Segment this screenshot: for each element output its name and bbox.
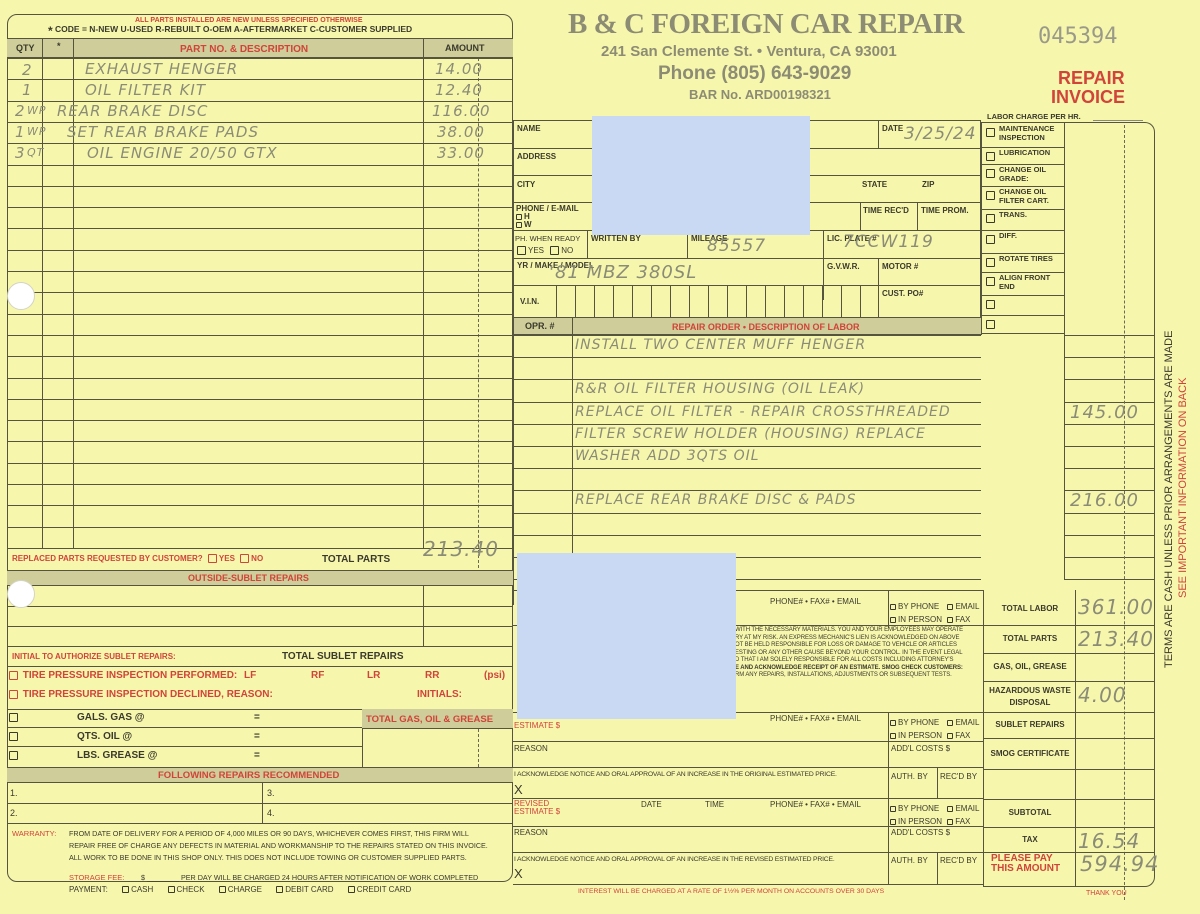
ack-revised-text: I ACKNOWLEDGE NOTICE AND ORAL APPROVAL O… [514, 856, 835, 863]
recommended-item-1[interactable]: 1. [10, 788, 18, 798]
phone-h-checkbox[interactable] [516, 214, 522, 220]
opr-label: OPR. # [525, 321, 555, 331]
part-qty: 1 [15, 123, 26, 141]
est-in-person-checkbox[interactable] [890, 617, 896, 623]
rev-in-person-label: IN PERSON [898, 817, 942, 826]
parts-row: 3 QT OIL ENGINE 20/50 GTX 33.00 [7, 142, 513, 163]
invoice-number: 045394 [1038, 24, 1117, 49]
payment-row: PAYMENT: CASH CHECK CHARGE DEBIT CARD CR… [69, 885, 411, 894]
est2-in-person-label: IN PERSON [898, 731, 942, 740]
divider [917, 202, 918, 230]
row-line [983, 653, 1155, 654]
totals-label: SUBLET REPAIRS [985, 719, 1075, 731]
service-label: CHANGE OIL GRADE: [999, 166, 1065, 183]
vin-box-divider [860, 285, 861, 317]
oil-label: QTS. OIL @ [77, 731, 132, 742]
divider [513, 798, 983, 799]
part-code: WP [27, 125, 47, 138]
parts-notice: ALL PARTS INSTALLED ARE NEW UNLESS SPECI… [135, 17, 363, 24]
service-item[interactable]: DIFF. [981, 231, 1065, 254]
divider [878, 120, 879, 148]
tire-declined-checkbox[interactable] [9, 690, 18, 699]
row-line [7, 250, 513, 251]
lic-plate-value[interactable]: 7CCW119 [843, 232, 934, 252]
punch-hole [7, 282, 35, 310]
labor-line-text: REPLACE REAR BRAKE DISC & PADS [575, 492, 857, 508]
vin-box-divider [670, 285, 671, 317]
est2-email-checkbox[interactable] [947, 720, 953, 726]
est-email-checkbox[interactable] [947, 604, 953, 610]
part-code: WP [27, 104, 47, 117]
service-label: TRANS. [999, 211, 1065, 220]
code-legend: * CODE = N-NEW U-USED R-REBUILT O-OEM A-… [48, 24, 412, 38]
est2-by-phone-label: BY PHONE [898, 718, 939, 727]
service-item[interactable] [981, 316, 1065, 334]
rev-email-checkbox[interactable] [947, 806, 953, 812]
divider [888, 767, 889, 798]
row-line [983, 625, 1155, 626]
oil-checkbox[interactable] [9, 732, 18, 741]
code-star: * [48, 24, 53, 38]
service-label: ROTATE TIRES [999, 255, 1065, 264]
vin-box-divider [613, 285, 614, 317]
labor-line-text: WASHER ADD 3QTS OIL [575, 448, 760, 464]
divider [7, 823, 513, 824]
divider [513, 852, 983, 853]
row-line [7, 463, 513, 464]
auth-line: ESTING OR ANY OTHER CAUSE BEYOND YOUR CO… [735, 650, 963, 658]
part-amount: 14.00 [435, 60, 483, 78]
gvwr-label: G.V.W.R. [827, 262, 860, 271]
signature-x-original[interactable]: X [514, 782, 523, 797]
revised-reason-label: REASON [514, 828, 548, 837]
est-contact-options-1: BY PHONE EMAIL IN PERSON FAX [890, 600, 979, 626]
service-checkbox[interactable] [986, 300, 995, 309]
service-checkbox[interactable] [986, 320, 995, 329]
part-description: EXHAUST HENGER [85, 60, 238, 78]
divider [7, 803, 513, 804]
divider [7, 646, 513, 647]
vin-box-divider [746, 285, 747, 317]
warranty-line-3: ALL WORK TO BE DONE IN THIS SHOP ONLY. T… [69, 853, 467, 862]
est-fax-checkbox[interactable] [947, 617, 953, 623]
part-amount: 33.00 [437, 144, 485, 162]
row-line [7, 207, 513, 208]
replaced-yes-label: YES [219, 554, 235, 563]
est2-by-phone-checkbox[interactable] [890, 720, 896, 726]
row-line [7, 271, 513, 272]
est2-in-person-checkbox[interactable] [890, 733, 896, 739]
divider [888, 798, 889, 884]
service-checkbox[interactable] [986, 277, 995, 286]
totals-value: 4.00 [1078, 683, 1127, 707]
service-label: LUBRICATION [999, 149, 1065, 158]
revised-label-2: ESTIMATE $ [514, 808, 560, 816]
col-code: * [57, 41, 61, 51]
doc-type-line-1: REPAIR [1058, 68, 1125, 89]
payment-cash-label: CASH [131, 885, 153, 894]
equals-sign: = [254, 712, 260, 723]
part-qty: 2 [15, 102, 26, 120]
tire-lr-label: LR [367, 670, 380, 681]
redaction-sticker [517, 553, 736, 719]
replaced-yes-checkbox[interactable] [208, 554, 217, 563]
vin-box-divider [784, 285, 785, 317]
vin-box-divider [803, 285, 804, 317]
vehicle-value[interactable]: '81 MBZ 380SL [549, 262, 697, 283]
est-contact-label: PHONE# • FAX# • EMAIL [770, 597, 861, 606]
divider [888, 712, 889, 767]
labor-charge-label: LABOR CHARGE PER HR. [987, 112, 1081, 121]
revised-auth-by-label: AUTH. BY [891, 856, 928, 865]
ready-yes-label: YES [528, 246, 544, 255]
pay-amount-label: PLEASE PAY THIS AMOUNT [991, 854, 1061, 874]
replaced-no-label: NO [251, 554, 263, 563]
phone-w-label: W [524, 220, 532, 229]
thank-you: THANK YOU [1086, 890, 1127, 897]
row-line [983, 738, 1155, 739]
phone-email-label: PHONE / E-MAIL H W [516, 205, 579, 229]
company-address: 241 San Clemente St. • Ventura, CA 93001 [601, 43, 897, 60]
service-item[interactable]: TRANS. [981, 210, 1065, 231]
recommended-title: FOLLOWING REPAIRS RECOMMENDED [158, 770, 339, 781]
row-line [7, 335, 513, 336]
service-label: DIFF. [999, 232, 1065, 241]
total-gos-label: TOTAL GAS, OIL & GREASE [366, 714, 493, 725]
date-value[interactable]: 3/25/24 [904, 124, 977, 144]
divider [513, 767, 983, 768]
pay-amount-value: 594.94 [1080, 852, 1159, 876]
fluid-grease-row: LBS. GREASE @ = [9, 750, 359, 761]
row-line [7, 527, 513, 528]
revised-contact-options: BY PHONE EMAIL IN PERSON FAX [890, 802, 979, 828]
date-label: DATE [882, 124, 903, 133]
tire-declined-label: TIRE PRESSURE INSPECTION DECLINED, REASO… [23, 689, 273, 700]
divider [7, 666, 513, 667]
ph-when-ready-options: YES NO [517, 246, 573, 255]
divider [888, 590, 889, 628]
city-label: CITY [517, 180, 535, 189]
payment-debit-checkbox[interactable] [276, 886, 283, 893]
payment-debit-label: DEBIT CARD [285, 885, 333, 894]
revised-time-label: TIME [705, 800, 724, 809]
reason-label: REASON [514, 744, 548, 753]
vin-box-divider [689, 285, 690, 317]
row-line [7, 356, 513, 357]
totals-label: HAZARDOUS WASTE DISPOSAL [985, 685, 1075, 709]
payment-check-checkbox[interactable] [168, 886, 175, 893]
revised-recd-by-label: REC'D BY [940, 856, 977, 865]
divider [587, 230, 588, 258]
sublet-initial-label: INITIAL TO AUTHORIZE SUBLET REPAIRS: [12, 652, 176, 661]
vin-box-divider [727, 285, 728, 317]
totals-label: TOTAL LABOR [985, 603, 1075, 615]
revised-addl-costs-label: ADD'L COSTS $ [891, 828, 950, 837]
part-description: REAR BRAKE DISC [57, 102, 208, 120]
part-description: OIL FILTER KIT [85, 81, 206, 99]
auth-line: RY AT MY RISK. AN EXPRESS MECHANIC'S LIE… [735, 635, 963, 643]
revised-estimate-label: REVISED ESTIMATE $ [514, 800, 560, 816]
divider [513, 826, 983, 827]
time-recd-label: TIME REC'D [863, 206, 909, 215]
cents-divider [478, 729, 479, 767]
signature-x-revised[interactable]: X [514, 866, 523, 881]
recommended-item-4[interactable]: 4. [267, 808, 275, 818]
motor-label: MOTOR # [882, 262, 918, 271]
replaced-parts-label: REPLACED PARTS REQUESTED BY CUSTOMER? [12, 554, 203, 563]
auth-line: OT BE HELD RESPONSIBLE FOR LOSS OR DAMAG… [735, 642, 963, 650]
row-line [7, 484, 513, 485]
vin-box-divider [841, 285, 842, 317]
service-item[interactable]: LUBRICATION [981, 148, 1065, 165]
fluid-gas-row: GALS. GAS @ = [9, 712, 359, 723]
service-checkbox[interactable] [986, 235, 995, 244]
divider [7, 606, 513, 607]
sublet-title: OUTSIDE-SUBLET REPAIRS [188, 573, 309, 583]
payment-cash-checkbox[interactable] [122, 886, 129, 893]
service-label: CHANGE OIL FILTER CART. [999, 188, 1065, 205]
company-name: B & C FOREIGN CAR REPAIR [568, 8, 964, 41]
addl-costs-label: ADD'L COSTS $ [891, 744, 950, 753]
divider [513, 741, 983, 742]
grease-label: LBS. GREASE @ [77, 750, 157, 761]
part-amount: 116.00 [432, 102, 491, 120]
row-line [7, 378, 513, 379]
warranty-line-2: REPAIR FREE OF CHARGE ANY DEFECTS IN MAT… [69, 841, 488, 850]
service-checkbox[interactable] [986, 214, 995, 223]
equals-sign: = [254, 731, 260, 742]
divider [7, 746, 362, 747]
auth-line: WITH THE NECESSARY MATERIALS. YOU AND YO… [735, 627, 963, 635]
recommended-item-3[interactable]: 3. [267, 788, 275, 798]
divider [937, 767, 938, 798]
totals-label: TAX [985, 834, 1075, 846]
auth-line: D THAT I AM SOLELY RESPONSIBLE FOR ALL C… [735, 657, 963, 665]
est-contact-label-2: PHONE# • FAX# • EMAIL [770, 714, 861, 723]
doc-type-line-2: INVOICE [1051, 87, 1125, 108]
tire-psi-label: (psi) [484, 670, 505, 681]
service-item[interactable] [981, 296, 1065, 316]
row-line [7, 399, 513, 400]
service-item[interactable]: CHANGE OIL GRADE: [981, 165, 1065, 187]
service-checkbox[interactable] [986, 191, 995, 200]
labor-line-text: REPLACE OIL FILTER - REPAIR CROSSTHREADE… [575, 404, 951, 420]
labor-charge-field[interactable] [1093, 120, 1143, 121]
fluid-oil-row: QTS. OIL @ = [9, 731, 359, 742]
row-line [983, 799, 1155, 800]
row-line [983, 769, 1155, 770]
gas-checkbox[interactable] [9, 713, 18, 722]
divider [262, 783, 263, 823]
tire-rr-label: RR [425, 670, 439, 681]
labor-line-text: FILTER SCREW HOLDER (HOUSING) REPLACE [575, 426, 926, 442]
revised-date-label: DATE [641, 800, 662, 809]
service-item[interactable]: ALIGN FRONT END [981, 273, 1065, 296]
est-contact-options-2: BY PHONE EMAIL IN PERSON FAX [890, 716, 979, 742]
part-qty: 1 [22, 81, 33, 99]
totals-value: 361.00 [1078, 595, 1154, 619]
service-item[interactable]: MAINTENANCE INSPECTION [981, 124, 1065, 148]
terms-note: TERMS ARE CASH UNLESS PRIOR ARRANGEMENTS… [1163, 268, 1175, 668]
row-line [7, 420, 513, 421]
gas-label: GALS. GAS @ [77, 712, 145, 723]
ph-when-ready-label: PH. WHEN READY [515, 234, 580, 243]
service-label: ALIGN FRONT END [999, 274, 1065, 291]
written-by-label: WRITTEN BY [591, 234, 641, 243]
total-parts-label: TOTAL PARTS [322, 554, 390, 565]
est2-fax-label: FAX [955, 731, 970, 740]
part-description: SET REAR BRAKE PADS [67, 123, 259, 141]
part-qty: 3 [15, 144, 26, 162]
service-checkbox[interactable] [986, 128, 995, 137]
parts-row: 1 WP SET REAR BRAKE PADS 38.00 [7, 121, 513, 142]
recommended-item-2[interactable]: 2. [10, 808, 18, 818]
labor-line-text: INSTALL TWO CENTER MUFF HENGER [575, 337, 866, 353]
redaction-sticker [592, 116, 810, 235]
est-email-label: EMAIL [955, 602, 979, 611]
payment-label: PAYMENT: [69, 885, 108, 894]
vin-box-divider [708, 285, 709, 317]
phone-w-checkbox[interactable] [516, 222, 522, 228]
state-label: STATE [862, 180, 887, 189]
estimate-label: ESTIMATE $ [514, 721, 560, 730]
vin-box-divider [822, 285, 823, 317]
row-line [983, 712, 1155, 713]
est-by-phone-checkbox[interactable] [890, 604, 896, 610]
service-checkbox[interactable] [986, 152, 995, 161]
row-line [7, 292, 513, 293]
col-qty: QTY [16, 43, 35, 53]
ready-yes-checkbox[interactable] [517, 246, 526, 255]
row-line [7, 186, 513, 187]
est-fax-label: FAX [955, 615, 970, 624]
service-item[interactable]: CHANGE OIL FILTER CART. [981, 187, 1065, 210]
tire-performed-row: TIRE PRESSURE INSPECTION PERFORMED: LF R… [9, 670, 509, 681]
tire-performed-checkbox[interactable] [9, 671, 18, 680]
auth-by-label: AUTH. BY [891, 772, 928, 781]
col-amount: AMOUNT [445, 43, 485, 53]
divider [860, 202, 861, 230]
part-description: OIL ENGINE 20/50 GTX [87, 144, 278, 162]
est-by-phone-label: BY PHONE [898, 602, 939, 611]
company-phone: Phone (805) 643-9029 [658, 63, 851, 85]
code-legend-text: CODE = N-NEW U-USED R-REBUILT O-OEM A-AF… [55, 24, 412, 34]
payment-check-label: CHECK [177, 885, 205, 894]
vin-box-divider [632, 285, 633, 317]
payment-charge-label: CHARGE [228, 885, 262, 894]
rev-by-phone-checkbox[interactable] [890, 806, 896, 812]
vin-box-divider [556, 285, 557, 317]
col-description: PART NO. & DESCRIPTION [180, 44, 308, 55]
service-checkbox[interactable] [986, 169, 995, 178]
name-label: NAME [517, 124, 541, 133]
row-line [7, 165, 513, 166]
service-checkbox[interactable] [986, 258, 995, 267]
rev-in-person-checkbox[interactable] [890, 819, 896, 825]
cust-po-label: CUST. PO# [882, 289, 923, 298]
labor-line-text: R&R OIL FILTER HOUSING (OIL LEAK) [575, 381, 865, 397]
warranty-line-1: FROM DATE OF DELIVERY FOR A PERIOD OF 4,… [69, 829, 469, 838]
est2-fax-checkbox[interactable] [947, 733, 953, 739]
totals-label: TOTAL PARTS [985, 633, 1075, 645]
tire-performed-label: TIRE PRESSURE INSPECTION PERFORMED: [23, 670, 237, 681]
part-amount: 38.00 [437, 123, 485, 141]
zip-label: ZIP [922, 180, 934, 189]
warranty-label: WARRANTY: [12, 829, 56, 838]
vin-box-divider [594, 285, 595, 317]
rev-fax-checkbox[interactable] [947, 819, 953, 825]
tire-initials-label: INITIALS: [417, 689, 462, 700]
totals-label: GAS, OIL, GREASE [985, 661, 1075, 673]
replaced-parts-question: REPLACED PARTS REQUESTED BY CUSTOMER? YE… [12, 554, 263, 563]
ready-no-label: NO [561, 246, 573, 255]
rev-by-phone-label: BY PHONE [898, 804, 939, 813]
total-parts-value: 213.40 [423, 537, 499, 561]
vin-label: V.I.N. [520, 297, 539, 306]
rev-email-label: EMAIL [955, 804, 979, 813]
payment-charge-checkbox[interactable] [219, 886, 226, 893]
payment-credit-checkbox[interactable] [348, 886, 355, 893]
row-line [7, 314, 513, 315]
authorization-text: WITH THE NECESSARY MATERIALS. YOU AND YO… [735, 627, 963, 680]
grease-checkbox[interactable] [9, 751, 18, 760]
service-item[interactable]: ROTATE TIRES [981, 254, 1065, 273]
part-qty: 2 [22, 61, 33, 79]
totals-value: 16.54 [1078, 829, 1140, 853]
row-line [7, 505, 513, 506]
tire-rf-label: RF [311, 670, 324, 681]
mileage-value[interactable]: 85557 [707, 236, 766, 256]
bar-number: BAR No. ARD00198321 [689, 87, 831, 102]
divider [513, 120, 514, 605]
storage-fee-label: STORAGE FEE: [69, 873, 124, 882]
ack-original-text: I ACKNOWLEDGE NOTICE AND ORAL APPROVAL O… [514, 771, 837, 778]
replaced-no-checkbox[interactable] [240, 554, 249, 563]
labor-title: REPAIR ORDER • DESCRIPTION OF LABOR [672, 322, 860, 332]
row-line [983, 681, 1155, 682]
divider [423, 586, 424, 646]
tire-declined-row: TIRE PRESSURE INSPECTION DECLINED, REASO… [9, 689, 509, 700]
divider [513, 884, 983, 885]
divider [7, 626, 513, 627]
divider [1064, 122, 1065, 335]
divider [937, 852, 938, 884]
est-in-person-label: IN PERSON [898, 615, 942, 624]
divider [7, 727, 362, 728]
divider [513, 285, 981, 286]
vin-box-divider [765, 285, 766, 317]
divider [981, 122, 982, 335]
totals-label: SUBTOTAL [985, 807, 1075, 819]
totals-value: 213.40 [1078, 627, 1154, 651]
divider [823, 230, 824, 300]
interest-notice: INTEREST WILL BE CHARGED AT A RATE OF 1½… [578, 888, 884, 895]
payment-credit-label: CREDIT CARD [357, 885, 412, 894]
auth-line: E AND ACKNOWLEDGE RECEIPT OF AN ESTIMATE… [735, 665, 963, 673]
est2-email-label: EMAIL [955, 718, 979, 727]
tire-lf-label: LF [244, 670, 256, 681]
revised-contact-label: PHONE# • FAX# • EMAIL [770, 800, 861, 809]
see-back-note: SEE IMPORTANT INFORMATION ON BACK [1177, 338, 1189, 598]
ready-no-checkbox[interactable] [550, 246, 559, 255]
vin-box-divider [575, 285, 576, 317]
recd-by-label: REC'D BY [940, 772, 977, 781]
divider [513, 258, 981, 259]
storage-fee-text: $ ________ PER DAY WILL BE CHARGED 24 HO… [141, 873, 478, 882]
vin-box-divider [651, 285, 652, 317]
divider [878, 258, 879, 320]
rev-fax-label: FAX [955, 817, 970, 826]
